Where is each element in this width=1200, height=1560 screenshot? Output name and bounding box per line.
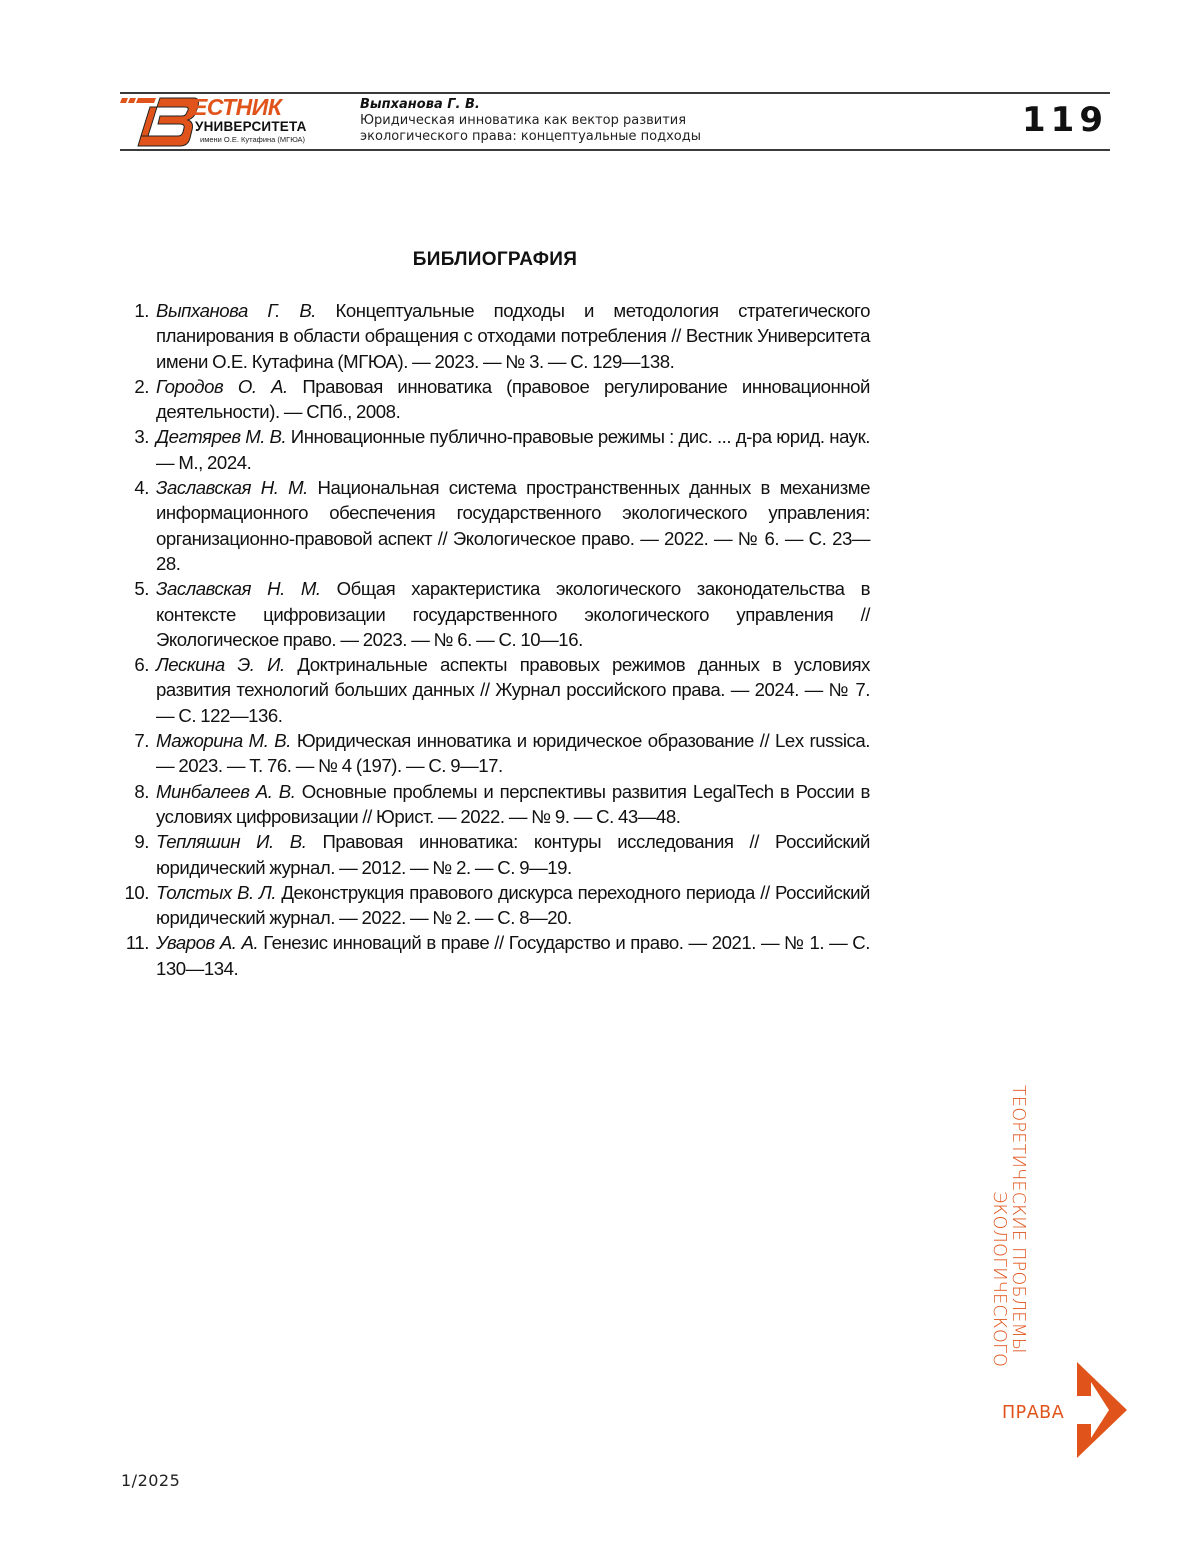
entry-number: 6. xyxy=(118,652,149,677)
header-rule-bottom xyxy=(120,149,1110,151)
entry-number: 1. xyxy=(118,298,149,323)
running-head-title-line2: экологического права: концептуальные под… xyxy=(360,129,880,145)
bibliography-entry: 3.Дегтярев М. В. Инновационные публично-… xyxy=(118,424,870,475)
entry-author: Толстых В. Л. xyxy=(156,882,276,903)
bibliography-entry: 9.Тепляшин И. В. Правовая инноватика: ко… xyxy=(118,829,870,880)
rubric-line3: ПРАВА xyxy=(1002,1403,1064,1423)
section-rubric: ТЕОРЕТИЧЕСКИЕ ПРОБЛЕМЫ ЭКОЛОГИЧЕСКОГО xyxy=(988,1085,1028,1420)
journal-logo: ЕСТНИК УНИВЕРСИТЕТА имени О.Е. Кутафина … xyxy=(120,94,320,149)
entry-number: 10. xyxy=(118,880,149,905)
logo-university: УНИВЕРСИТЕТА xyxy=(195,119,307,135)
entry-author: Мажорина М. В. xyxy=(156,730,291,751)
bibliography-title: БИБЛИОГРАФИЯ xyxy=(120,249,870,271)
entry-number: 2. xyxy=(118,374,149,399)
entry-author: Заславская Н. М. xyxy=(156,578,321,599)
entry-author: Выпханова Г. В. xyxy=(156,300,316,321)
arrow-right-icon xyxy=(1077,1362,1129,1458)
logo-wordmark: ЕСТНИК xyxy=(192,94,281,120)
entry-number: 3. xyxy=(118,424,149,449)
entry-author: Уваров А. А. xyxy=(156,932,258,953)
entry-number: 9. xyxy=(118,829,149,854)
bibliography-entry: 11.Уваров А. А. Генезис инноваций в прав… xyxy=(118,930,870,981)
logo-subtitle: имени О.Е. Кутафина (МГЮА) xyxy=(200,135,305,145)
entry-author: Дегтярев М. В. xyxy=(156,426,286,447)
running-head-title-line1: Юридическая инноватика как вектор развит… xyxy=(360,113,880,129)
entry-text: Генезис инноваций в праве // Государство… xyxy=(156,932,870,978)
entry-author: Лескина Э. И. xyxy=(156,654,285,675)
bibliography-entry: 5.Заславская Н. М. Общая характеристика … xyxy=(118,576,870,652)
issue-number: 1/2025 xyxy=(121,1471,180,1490)
entry-number: 4. xyxy=(118,475,149,500)
entry-number: 8. xyxy=(118,779,149,804)
bibliography-entry: 4.Заславская Н. М. Национальная система … xyxy=(118,475,870,576)
logo-letter-icon xyxy=(120,94,200,149)
entry-author: Тепляшин И. В. xyxy=(156,831,306,852)
bibliography-entry: 8.Минбалеев А. В. Основные проблемы и пе… xyxy=(118,779,870,830)
bibliography-entry: 2.Городов О. А. Правовая инноватика (пра… xyxy=(118,374,870,425)
running-head-author: Выпханова Г. В. xyxy=(360,96,880,113)
rubric-line1: ТЕОРЕТИЧЕСКИЕ ПРОБЛЕМЫ xyxy=(1008,1085,1028,1354)
entry-number: 5. xyxy=(118,576,149,601)
page-number: 119 xyxy=(1022,100,1108,140)
running-head: Выпханова Г. В. Юридическая инноватика к… xyxy=(360,96,880,145)
bibliography-entry: 1.Выпханова Г. В. Концептуальные подходы… xyxy=(118,298,870,374)
entry-number: 7. xyxy=(118,728,149,753)
bibliography-list: 1.Выпханова Г. В. Концептуальные подходы… xyxy=(118,298,870,981)
rubric-line2: ЭКОЛОГИЧЕСКОГО xyxy=(989,1191,1009,1367)
bibliography-entry: 7.Мажорина М. В. Юридическая инноватика … xyxy=(118,728,870,779)
bibliography-entry: 6.Лескина Э. И. Доктринальные аспекты пр… xyxy=(118,652,870,728)
entry-author: Заславская Н. М. xyxy=(156,477,308,498)
entry-author: Минбалеев А. В. xyxy=(156,781,295,802)
entry-number: 11. xyxy=(118,930,149,955)
entry-author: Городов О. А. xyxy=(156,376,288,397)
bibliography-entry: 10.Толстых В. Л. Деконструкция правового… xyxy=(118,880,870,931)
